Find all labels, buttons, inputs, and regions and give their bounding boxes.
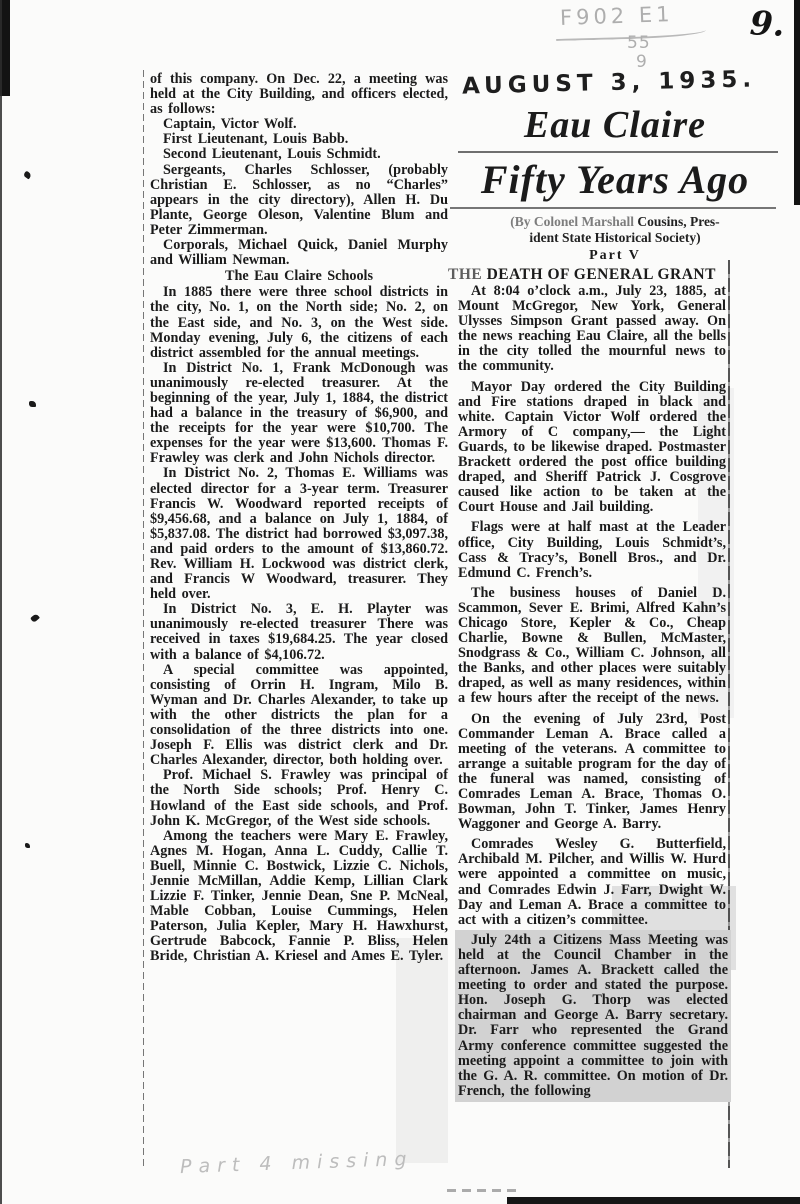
scan-shading-patch	[396, 938, 448, 1163]
scan-bottom-dashes	[447, 1189, 519, 1192]
ink-speck	[23, 171, 32, 180]
handwritten-date: AUGUST 3, 1935.	[462, 66, 757, 99]
byline-faded-part: (By Colonel Marshall	[510, 214, 637, 229]
newspaper-column-right: At 8:04 o’clock a.m., July 23, 1885, at …	[458, 284, 726, 1104]
article-paragraph: Among the teachers were Mary E. Frawley,…	[150, 829, 448, 965]
byline: (By Colonel Marshall Cousins, Pres- iden…	[448, 214, 782, 246]
headline-faded-part: THE	[448, 266, 482, 283]
article-paragraph: Prof. Michael S. Frawley was principal o…	[150, 768, 448, 828]
article-paragraph: Mayor Day ordered the City Building and …	[458, 380, 726, 516]
right-column-rule	[728, 260, 730, 1168]
scan-edge-bottom-strip	[507, 1197, 800, 1204]
headline-rest: DEATH OF GENERAL GRANT	[482, 266, 716, 283]
byline-rest: Cousins, Pres-	[637, 214, 719, 229]
handwritten-catalog-code: F902 E1	[560, 2, 674, 30]
article-paragraph: Corporals, Michael Quick, Daniel Murphy …	[150, 238, 448, 268]
article-paragraph: In District No. 1, Frank McDonough was u…	[150, 361, 448, 467]
masthead-title-line2: Fifty Years Ago	[448, 157, 782, 203]
article-paragraph: of this company. On Dec. 22, a meeting w…	[150, 72, 448, 117]
section-subhead: The Eau Claire Schools	[150, 269, 448, 284]
article-paragraph: In District No. 3, E. H. Playter was una…	[150, 602, 448, 662]
masthead-rule	[450, 207, 776, 209]
article-paragraph: Comrades Wesley G. Butterfield, Archibal…	[458, 837, 726, 928]
ink-speck	[30, 613, 40, 623]
handwritten-bottom-note: Part 4 missing	[180, 1148, 414, 1178]
article-headline: THE DEATH OF GENERAL GRANT	[448, 266, 782, 284]
article-paragraph: The business houses of Daniel D. Scammon…	[458, 586, 726, 707]
scan-edge-left-line	[0, 0, 2, 1204]
handwritten-page-number: 9.	[749, 3, 785, 44]
article-paragraph: A special committee was appointed, consi…	[150, 663, 448, 769]
article-paragraph: Sergeants, Charles Schlosser, (probably …	[150, 163, 448, 238]
article-paragraph: On the evening of July 23rd, Post Comman…	[458, 712, 726, 833]
article-paragraph: First Lieutenant, Louis Babb.	[150, 132, 448, 147]
byline-line2: ident State Historical Society)	[529, 230, 700, 245]
article-paragraph: In District No. 2, Thomas E. Williams wa…	[150, 466, 448, 602]
part-label: Part V	[448, 248, 782, 264]
article-paragraph: In 1885 there were three school district…	[150, 285, 448, 360]
article-paragraph: Second Lieutenant, Louis Schmidt.	[150, 147, 448, 162]
masthead-rule	[458, 151, 778, 153]
ink-speck	[25, 843, 30, 848]
article-paragraph-shaded: July 24th a Citizens Mass Meeting was he…	[458, 933, 728, 1099]
left-column-rule	[143, 70, 144, 1166]
masthead-title-line1: Eau Claire	[448, 104, 782, 148]
newspaper-column-left: of this company. On Dec. 22, a meeting w…	[150, 72, 448, 965]
scanned-newspaper-page: { "annotations": { "catalog_code": "F902…	[0, 0, 800, 1204]
article-paragraph: At 8:04 o’clock a.m., July 23, 1885, at …	[458, 284, 726, 375]
article-paragraph: Captain, Victor Wolf.	[150, 117, 448, 132]
scan-edge-right-strip	[794, 0, 800, 205]
ink-speck	[29, 401, 36, 407]
article-paragraph: Flags were at half mast at the Leader of…	[458, 520, 726, 580]
masthead: Eau Claire Fifty Years Ago (By Colonel M…	[448, 104, 782, 284]
handwritten-catalog-sub-top: 55	[627, 33, 651, 53]
